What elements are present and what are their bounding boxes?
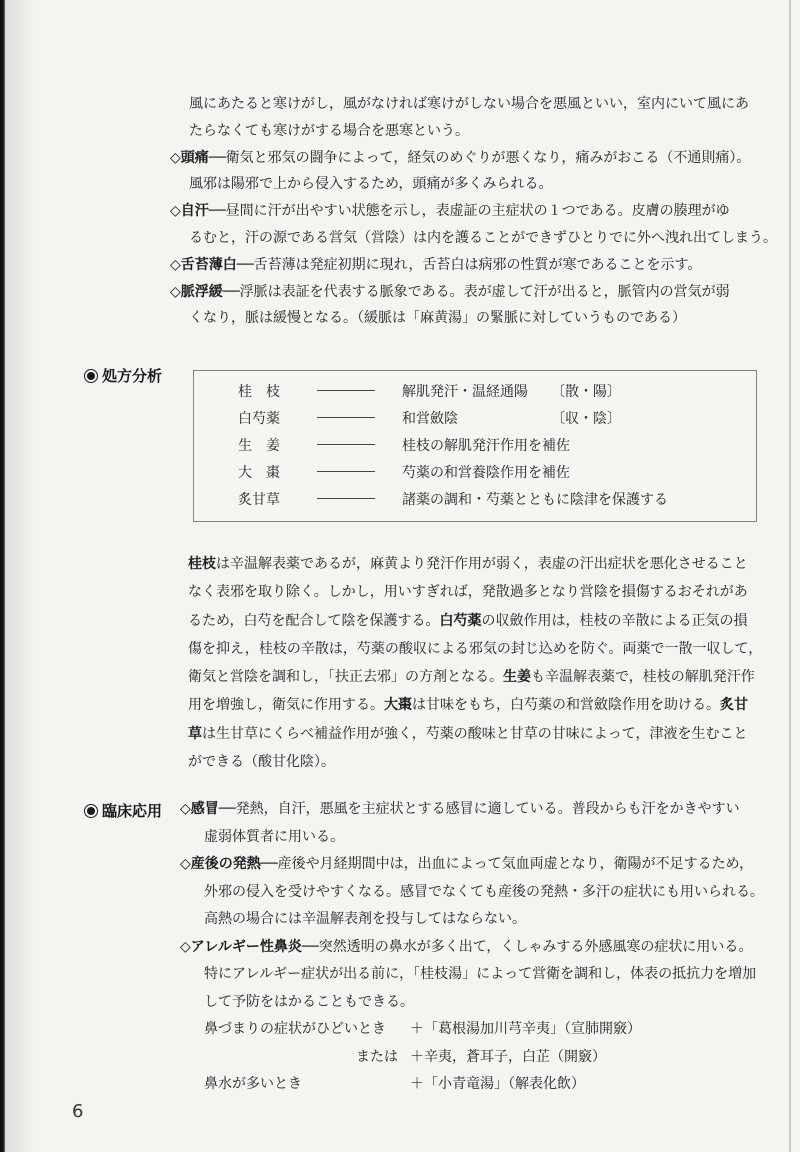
page-number: 6 (72, 1101, 83, 1122)
text-line: なく表邪を取り除く。しかし，用いすぎれば，発散過多となり営陰を損傷するおそれがあ (188, 578, 762, 606)
combination-row: 鼻づまりの症状がひどいとき＋「葛根湯加川芎辛夷」（宣肺開竅） (204, 1016, 641, 1044)
herb-property-tag: 〔散・陽〕 (551, 381, 621, 401)
herb-row: 大 棗芍薬の和営養陰作用を補佐 (194, 458, 756, 485)
text-line: ◇自汗──昼間に汗が出やすい状態を示し，表虚証の主症状の１つである。皮膚の腠理が… (170, 198, 777, 225)
prescription-analysis-box: 桂 枝解肌発汗・温経通陽〔散・陽〕白芍薬和営斂陰〔収・陰〕生 姜桂枝の解肌発汗作… (193, 370, 757, 522)
body-text: ──浮脈は表証を代表する脈象である。表が虚して汗が出ると，脈管内の営気が弱 (223, 284, 730, 300)
body-text: 衛気と営陰を調和し，「扶正去邪」の方剤となる。 (188, 669, 503, 685)
text-line: ◇感冒──発熱，自汗，悪風を主症状とする感冒に適している。普段からも汗をかきやす… (180, 796, 764, 824)
term-text: ◇アレルギー性鼻炎 (180, 939, 302, 955)
herb-effect: 和営斂陰 (402, 408, 551, 428)
herb-row: 白芍薬和営斂陰〔収・陰〕 (194, 404, 756, 431)
body-text: たらなくても寒けがする場合を悪寒という。 (189, 123, 469, 139)
herb-row: 生 姜桂枝の解肌発汗作用を補佐 (194, 431, 756, 458)
clinical-section-title: 臨床応用 (102, 800, 162, 821)
text-line: 衛気と営陰を調和し，「扶正去邪」の方剤となる。生姜も辛温解表薬で，桂枝の解肌発汗… (188, 663, 762, 691)
clinical-section-label: 臨床応用 (84, 797, 162, 824)
body-text: は甘味をもち，白芍薬の和営斂陰作用を助ける。 (412, 697, 720, 713)
body-text: は辛温解表薬であるが，麻黄より発汗作用が弱く，表虚の汗出症状を悪化させること (216, 556, 748, 572)
herb-effect: 芍薬の和営養陰作用を補佐 (402, 462, 570, 482)
herb-dash-line (317, 444, 375, 445)
body-text: の収斂作用は，桂枝の辛散による正気の損 (481, 613, 747, 629)
section-bullet-icon (84, 369, 98, 383)
text-line: たらなくても寒けがする場合を悪寒という。 (170, 118, 777, 145)
herb-dash-line (317, 471, 375, 472)
herb-effect: 解肌発汗・温経通陽 (402, 381, 551, 401)
text-line: 桂枝は辛温解表薬であるが，麻黄より発汗作用が弱く，表虚の汗出症状を悪化させること (188, 550, 762, 578)
herb-name: 白芍薬 (238, 408, 300, 428)
body-text: ──衛気と邪気の闘争によって，経気のめぐりが悪くなり，痛みがおこる（不通則痛）。 (209, 150, 751, 166)
combination-row: または＋辛夷，蒼耳子，白芷（開竅） (204, 1044, 641, 1072)
text-line: ◇アレルギー性鼻炎──突然透明の鼻水が多く出て，くしゃみする外感風寒の症状に用い… (180, 934, 764, 962)
term-text: 草 (188, 726, 202, 742)
text-line: ができる（酸甘化陰）。 (188, 748, 762, 776)
herb-name: 炙甘草 (238, 489, 300, 509)
herb-dash-line (317, 417, 375, 418)
formula-combination-list: 鼻づまりの症状がひどいとき＋「葛根湯加川芎辛夷」（宣肺開竅）または＋辛夷，蒼耳子… (204, 1016, 641, 1099)
body-text: 特にアレルギー症状が出る前に，「桂枝湯」によって営衛を調和し，体表の抵抗力を増加 (204, 966, 756, 982)
herb-dash-line (317, 498, 375, 499)
page-gutter-line (789, 0, 791, 1152)
text-line: 風邪は陽邪で上から侵入するため，頭痛が多くみられる。 (170, 171, 777, 198)
text-line: ◇脈浮緩──浮脈は表証を代表する脈象である。表が虚して汗が出ると，脈管内の営気が… (170, 279, 777, 306)
text-line: 用を増強し，衛気に作用する。大棗は甘味をもち，白芍薬の和営斂陰作用を助ける。炙甘 (188, 691, 762, 719)
herb-effect: 桂枝の解肌発汗作用を補佐 (402, 435, 570, 455)
body-text: ──発熱，自汗，悪風を主症状とする感冒に適している。普段からも汗をかきやすい (219, 801, 740, 817)
combination-formula: ＋「小青竜湯」（解表化飲） (410, 1071, 585, 1099)
body-text: は生甘草にくらべ補益作用が強く，芍薬の酸味と甘草の甘味によって，津液を生むこと (202, 726, 747, 742)
body-text: ができる（酸甘化陰）。 (188, 754, 335, 770)
text-line: くなり，脈は緩慢となる。（緩脈は「麻黄湯」の緊脈に対していうものである） (170, 305, 777, 332)
term-text: ◇舌苔薄白 (170, 257, 237, 273)
scanned-book-page: 風にあたると寒けがし，風がなければ寒けがしない場合を悪風といい，室内にいて風にあ… (0, 0, 800, 1152)
term-text: 大棗 (384, 697, 412, 713)
combination-condition: 鼻水が多いとき (204, 1071, 410, 1099)
body-text: 用を増強し，衛気に作用する。 (188, 697, 384, 713)
text-line: 虚弱体質者に用いる。 (180, 824, 764, 852)
section-bullet-icon (84, 804, 98, 818)
herb-row: 桂 枝解肌発汗・温経通陽〔散・陽〕 (194, 377, 756, 404)
term-text: ◇脈浮緩 (170, 284, 223, 300)
body-text: 外邪の侵入を受けやすくなる。感冒でなくても産後の発熱・多汗の症状にも用いられる。 (204, 884, 764, 900)
text-line: 外邪の侵入を受けやすくなる。感冒でなくても産後の発熱・多汗の症状にも用いられる。 (180, 879, 764, 907)
herb-name: 大 棗 (238, 462, 300, 482)
body-text: 傷を抑え，桂枝の辛散は，芍薬の酸収による邪気の封じ込めを防ぐ。両薬で一散一収して… (188, 641, 762, 657)
term-text: 生姜 (503, 669, 531, 685)
symptom-notes-block: 風にあたると寒けがし，風がなければ寒けがしない場合を悪風といい，室内にいて風にあ… (170, 91, 777, 332)
body-text: るため，白芍を配合して陰を保護する。 (188, 613, 439, 629)
combination-row: 鼻水が多いとき＋「小青竜湯」（解表化飲） (204, 1071, 641, 1099)
body-text: くなり，脈は緩慢となる。（緩脈は「麻黄湯」の緊脈に対していうものである） (189, 310, 686, 326)
text-line: 傷を抑え，桂枝の辛散は，芍薬の酸収による邪気の封じ込めを防ぐ。両薬で一散一収して… (188, 635, 762, 663)
body-text: 風にあたると寒けがし，風がなければ寒けがしない場合を悪風といい，室内にいて風にあ (189, 96, 749, 112)
herb-dash-line (317, 390, 375, 391)
term-text: ◇自汗 (170, 203, 209, 219)
analysis-paragraph: 桂枝は辛温解表薬であるが，麻黄より発汗作用が弱く，表虚の汗出症状を悪化させること… (188, 550, 762, 776)
term-text: ◇頭痛 (170, 150, 209, 166)
text-line: 特にアレルギー症状が出る前に，「桂枝湯」によって営衛を調和し，体表の抵抗力を増加 (180, 961, 764, 989)
text-line: ◇舌苔薄白──舌苔薄は発症初期に現れ，舌苔白は病邪の性質が寒であることを示す。 (170, 252, 777, 279)
combination-formula: ＋辛夷，蒼耳子，白芷（開竅） (410, 1044, 606, 1072)
combination-condition: または (204, 1044, 410, 1072)
body-text: ──突然透明の鼻水が多く出て，くしゃみする外感風寒の症状に用いる。 (302, 939, 753, 955)
term-text: ◇感冒 (180, 801, 219, 817)
body-text: して予防をはかることもできる。 (204, 994, 414, 1010)
prescription-section-label: 処方分析 (84, 362, 162, 389)
combination-condition: 鼻づまりの症状がひどいとき (204, 1016, 410, 1044)
body-text: 虚弱体質者に用いる。 (204, 829, 344, 845)
term-text: 白芍薬 (439, 613, 481, 629)
text-line: 風にあたると寒けがし，風がなければ寒けがしない場合を悪風といい，室内にいて風にあ (170, 91, 777, 118)
body-text: ──産後や月経期間中は，出血によって気血両虚となり，衛陽が不足するため， (261, 856, 753, 872)
herb-effect: 諸薬の調和・芍薬とともに陰津を保護する (402, 489, 668, 509)
body-text: ──舌苔薄は発症初期に現れ，舌苔白は病邪の性質が寒であることを示す。 (237, 257, 702, 273)
text-line: るため，白芍を配合して陰を保護する。白芍薬の収斂作用は，桂枝の辛散による正気の損 (188, 607, 762, 635)
body-text: ──昼間に汗が出やすい状態を示し，表虚証の主症状の１つである。皮膚の腠理がゆ (209, 203, 730, 219)
combination-formula: ＋「葛根湯加川芎辛夷」（宣肺開竅） (410, 1016, 641, 1044)
body-text: 高熱の場合には辛温解表剤を投与してはならない。 (204, 911, 526, 927)
term-text: 桂枝 (188, 556, 216, 572)
page-left-shadow (5, 0, 35, 1152)
clinical-notes-block: ◇感冒──発熱，自汗，悪風を主症状とする感冒に適している。普段からも汗をかきやす… (180, 796, 764, 1016)
text-line: ◇産後の発熱──産後や月経期間中は，出血によって気血両虚となり，衛陽が不足するた… (180, 851, 764, 879)
herb-property-tag: 〔収・陰〕 (551, 408, 621, 428)
text-line: るむと，汗の源である営気（営陰）は内を護ることができずひとりでに外へ洩れ出てしま… (170, 225, 777, 252)
body-text: なく表邪を取り除く。しかし，用いすぎれば，発散過多となり営陰を損傷するおそれがあ (188, 584, 748, 600)
body-text: 風邪は陽邪で上から侵入するため，頭痛が多くみられる。 (189, 176, 552, 192)
text-line: 高熱の場合には辛温解表剤を投与してはならない。 (180, 906, 764, 934)
herb-row: 炙甘草諸薬の調和・芍薬とともに陰津を保護する (194, 485, 756, 512)
term-text: 炙甘 (720, 697, 748, 713)
body-text: るむと，汗の源である営気（営陰）は内を護ることができずひとりでに外へ洩れ出てしま… (189, 230, 777, 246)
text-line: ◇頭痛──衛気と邪気の闘争によって，経気のめぐりが悪くなり，痛みがおこる（不通則… (170, 145, 777, 172)
text-line: 草は生甘草にくらべ補益作用が強く，芍薬の酸味と甘草の甘味によって，津液を生むこと (188, 720, 762, 748)
prescription-section-title: 処方分析 (102, 365, 162, 386)
text-line: して予防をはかることもできる。 (180, 989, 764, 1017)
body-text: も辛温解表薬で，桂枝の解肌発汗作 (531, 669, 755, 685)
herb-name: 桂 枝 (238, 381, 300, 401)
herb-name: 生 姜 (238, 435, 300, 455)
term-text: ◇産後の発熱 (180, 856, 261, 872)
